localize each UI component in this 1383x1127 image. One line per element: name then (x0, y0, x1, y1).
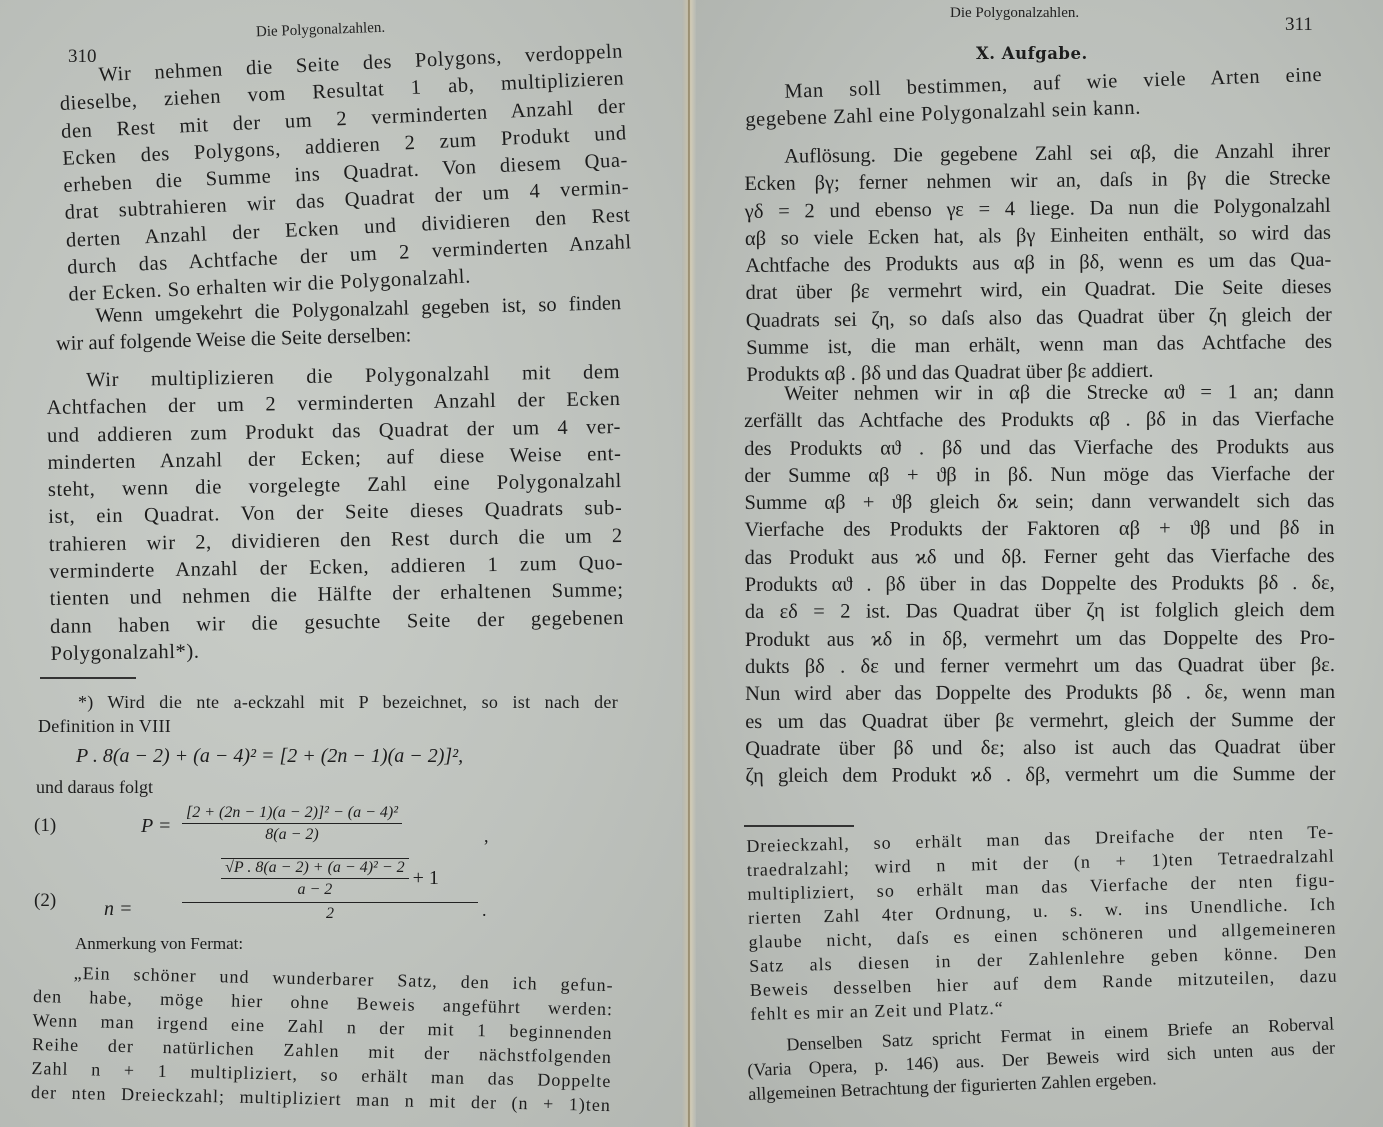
text-line: Definition in VIII (38, 714, 618, 738)
text-line: des Produkts αϑ . βδ und das Vierfache d… (744, 434, 1334, 463)
equation-2-fraction: √P . 8(a − 2) + (a − 4)² − 2 a − 2 + 1 2 (182, 858, 478, 923)
equation-1-fraction: [2 + (2n − 1)(a − 2)]² − (a − 4)² 8(a − … (182, 804, 402, 844)
running-head: Die Polygonalzahlen. (256, 20, 386, 41)
footnote-continuation: Dreieckzahl, so erhält man das Dreifache… (746, 820, 1339, 1026)
text-line: Produkts αϑ . βδ über in das Doppelte de… (745, 570, 1335, 599)
text-line: Nun wird aber das Doppelte des Produkts … (745, 679, 1335, 708)
fermat-remark: „Ein schöner und wunderbarer Satz, den i… (31, 960, 614, 1117)
equation-label-1: (1) (34, 815, 56, 837)
section-heading: X. Aufgabe. (976, 44, 1088, 63)
equation-2-outer-numerator: √P . 8(a − 2) + (a − 4)² − 2 a − 2 + 1 (182, 858, 478, 903)
equation-1-denominator: 8(a − 2) (182, 824, 402, 844)
text-line: der Summe αβ + ϑβ in βδ. Nun möge das Vi… (744, 461, 1334, 490)
equation-2-plus-one: + 1 (413, 867, 439, 889)
text-line: ζη gleich dem Produkt ϰδ . δβ, vermehrt … (745, 761, 1335, 790)
equation-2-denominator: 2 (182, 903, 478, 923)
remark-title: Anmerkung von Fermat: (75, 934, 243, 954)
text-line: da εδ = 2 ist. Das Quadrat über ζη ist f… (745, 597, 1335, 626)
text-line: das Produkt aus ϰδ und δβ. Ferner geht d… (745, 543, 1335, 572)
solution-paragraph: Auflösung. Die gegebene Zahl sei αβ, die… (744, 138, 1333, 390)
footnote-rule (40, 677, 136, 679)
equation-2-trail: . (482, 900, 487, 921)
equation-label-2: (2) (34, 890, 56, 912)
left-page: Die Polygonalzahlen. 310 Wir nehmen die … (0, 0, 688, 1127)
paragraph-3: Wir multiplizieren die Polygonalzahl mit… (46, 359, 625, 668)
book-spread: Die Polygonalzahlen. 310 Wir nehmen die … (0, 0, 1383, 1127)
footnote-closing: Denselben Satz spricht Fermat in einem B… (746, 1011, 1336, 1106)
equation-1-lhs: P = (141, 815, 171, 838)
equation-2-inner-numerator: √P . 8(a − 2) + (a − 4)² − 2 (221, 858, 409, 879)
book-gutter (682, 0, 696, 1127)
definition-equation: P . 8(a − 2) + (a − 4)² = [2 + (2n − 1)(… (76, 745, 463, 768)
equation-2-inner-fraction: √P . 8(a − 2) + (a − 4)² − 2 a − 2 (221, 858, 409, 899)
text-line: Weiter nehmen wir in αβ die Strecke αϑ =… (744, 379, 1334, 408)
problem-statement: Man soll bestimmen, auf wie viele Arten … (744, 62, 1323, 135)
equation-2-inner-denominator: a − 2 (221, 879, 409, 899)
text-line: Quadrate über βδ und δε; also ist auch d… (745, 734, 1335, 763)
page-number: 311 (1285, 14, 1313, 36)
paragraph-1: Wir nehmen die Seite des Polygons, verdo… (58, 38, 634, 309)
text-line: Vierfache des Produkts der Faktoren αβ +… (744, 515, 1334, 544)
text-line: Produkt aus ϰδ in δβ, vermehrt um das Do… (745, 625, 1335, 654)
running-head: Die Polygonalzahlen. (950, 5, 1079, 22)
equation-1-numerator: [2 + (2n − 1)(a − 2)]² − (a − 4)² (182, 804, 402, 824)
equation-2-lhs: n = (104, 898, 133, 921)
text-line: Summe αβ + ϑβ gleich δϰ sein; dann verwa… (744, 488, 1334, 517)
equation-1-trail: , (484, 826, 489, 847)
text-line: *) Wird die nte a-eckzahl mit P bezeichn… (38, 690, 618, 714)
text-line: zerfällt das Achtfache des Produkts αβ .… (744, 406, 1334, 435)
right-page: Die Polygonalzahlen. 311 X. Aufgabe. Man… (688, 0, 1383, 1127)
footnote-rule (744, 825, 854, 827)
connector-text: und daraus folgt (36, 777, 153, 798)
continuation-paragraph: Weiter nehmen wir in αβ die Strecke αϑ =… (744, 379, 1335, 791)
text-line: es um das Quadrat über βε vermehrt, glei… (745, 707, 1335, 736)
text-line: dukts βδ . δε und ferner vermehrt um das… (745, 652, 1335, 681)
footnote-intro: *) Wird die nte a-eckzahl mit P bezeichn… (38, 690, 618, 738)
